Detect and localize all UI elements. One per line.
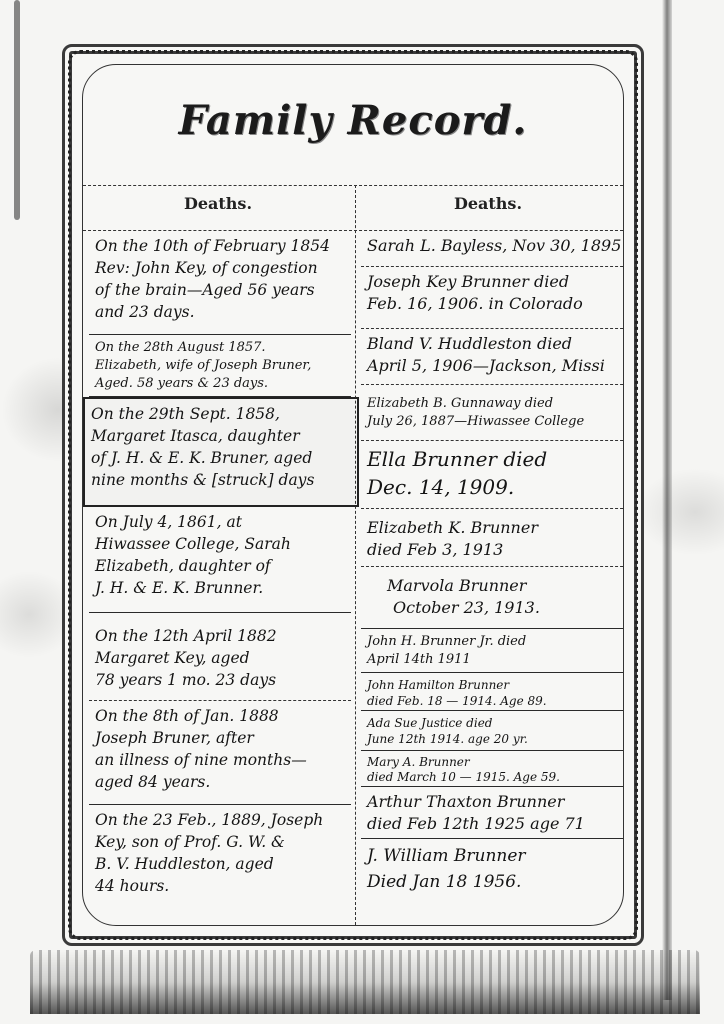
- entry-line: Elizabeth B. Gunnaway died: [367, 395, 624, 413]
- death-entry: On the 23 Feb., 1889, Joseph Key, son of…: [89, 805, 351, 915]
- entry-line: Dec. 14, 1909.: [367, 473, 624, 501]
- entry-line: Died Jan 18 1956.: [367, 869, 624, 895]
- record-page: Family Record. Deaths. Deaths. On the 10…: [82, 64, 624, 926]
- entry-line: On the 28th August 1857.: [95, 339, 345, 357]
- entry-line: Rev: John Key, of congestion: [95, 257, 345, 279]
- entry-line: an illness of nine months—: [95, 749, 345, 771]
- entry-line: 78 years 1 mo. 23 days: [95, 669, 345, 691]
- death-entry: On the 28th August 1857. Elizabeth, wife…: [89, 335, 351, 397]
- entry-line: Ada Sue Justice died: [367, 715, 624, 731]
- entry-line: 44 hours.: [95, 875, 345, 897]
- entry-line: Aged. 58 years & 23 days.: [95, 375, 345, 393]
- entry-line: April 5, 1906—Jackson, Missi: [367, 355, 624, 377]
- entry-line: J. William Brunner: [367, 843, 624, 869]
- entry-line: B. V. Huddleston, aged: [95, 853, 345, 875]
- death-entry: Bland V. Huddleston died April 5, 1906—J…: [361, 329, 624, 385]
- entry-line: Ella Brunner died: [367, 445, 624, 473]
- entry-line: Elizabeth K. Brunner: [367, 517, 624, 539]
- death-entry: Ada Sue Justice died June 12th 1914. age…: [361, 711, 624, 751]
- entry-line: Elizabeth, daughter of: [95, 555, 345, 577]
- entry-line: Key, son of Prof. G. W. &: [95, 831, 345, 853]
- column-header-deaths-left: Deaths.: [83, 194, 353, 213]
- entry-line: Sarah L. Bayless, Nov 30, 1895: [367, 235, 624, 257]
- entry-line: and 23 days.: [95, 301, 345, 323]
- column-header-deaths-right: Deaths.: [353, 194, 623, 213]
- entry-line: On July 4, 1861, at: [95, 511, 345, 533]
- entry-line: Margaret Itasca, daughter: [91, 425, 351, 447]
- entry-line: John H. Brunner Jr. died: [367, 633, 624, 651]
- death-entry: Arthur Thaxton Brunner died Feb 12th 192…: [361, 787, 624, 839]
- death-entry: Joseph Key Brunner died Feb. 16, 1906. i…: [361, 267, 624, 329]
- entry-line: J. H. & E. K. Brunner.: [95, 577, 345, 599]
- entry-line: Bland V. Huddleston died: [367, 333, 624, 355]
- death-entry: Marvola Brunner October 23, 1913.: [361, 567, 624, 629]
- entry-line: died Feb. 18 — 1914. Age 89.: [367, 693, 624, 709]
- entry-line: of J. H. & E. K. Bruner, aged: [91, 447, 351, 469]
- entry-line: On the 23 Feb., 1889, Joseph: [95, 809, 345, 831]
- death-entry: On July 4, 1861, at Hiwassee College, Sa…: [89, 507, 351, 613]
- entry-line: On the 29th Sept. 1858,: [91, 403, 351, 425]
- death-entry: On the 8th of Jan. 1888 Joseph Bruner, a…: [89, 701, 351, 805]
- entry-line: Joseph Key Brunner died: [367, 271, 624, 293]
- ornamental-frame: Family Record. Deaths. Deaths. On the 10…: [62, 44, 644, 946]
- entry-line: On the 12th April 1882: [95, 625, 345, 647]
- column-header-row: Deaths. Deaths.: [83, 185, 623, 231]
- entry-line: Elizabeth, wife of Joseph Bruner,: [95, 357, 345, 375]
- death-entry: Sarah L. Bayless, Nov 30, 1895: [361, 231, 624, 267]
- page-title: Family Record.: [83, 97, 623, 144]
- scan-smudge-bottom: [30, 950, 700, 1014]
- deaths-column-right: Sarah L. Bayless, Nov 30, 1895 Joseph Ke…: [361, 231, 624, 925]
- entry-line: aged 84 years.: [95, 771, 345, 793]
- death-entry: On the 29th Sept. 1858, Margaret Itasca,…: [83, 397, 359, 507]
- death-entry: Elizabeth B. Gunnaway died July 26, 1887…: [361, 385, 624, 441]
- entry-line: April 14th 1911: [367, 651, 624, 669]
- death-entry: Mary A. Brunner died March 10 — 1915. Ag…: [361, 751, 624, 787]
- entry-line: Marvola Brunner: [367, 575, 624, 597]
- entry-line: Arthur Thaxton Brunner: [367, 791, 624, 813]
- entry-line: June 12th 1914. age 20 yr.: [367, 731, 624, 747]
- entry-line: nine months & [struck] days: [91, 469, 351, 491]
- deaths-column-left: On the 10th of February 1854 Rev: John K…: [89, 231, 351, 925]
- entry-line: died March 10 — 1915. Age 59.: [367, 770, 624, 785]
- entry-line: died Feb 12th 1925 age 71: [367, 813, 624, 835]
- scan-edge-right: [662, 0, 672, 1000]
- death-entry: Elizabeth K. Brunner died Feb 3, 1913: [361, 509, 624, 567]
- scan-edge-left: [14, 0, 20, 220]
- death-entry: Ella Brunner died Dec. 14, 1909.: [361, 441, 624, 509]
- death-entry: John H. Brunner Jr. died April 14th 1911: [361, 629, 624, 673]
- entry-line: July 26, 1887—Hiwassee College: [367, 413, 624, 431]
- entry-line: October 23, 1913.: [367, 597, 624, 619]
- entry-line: On the 8th of Jan. 1888: [95, 705, 345, 727]
- death-entry: J. William Brunner Died Jan 18 1956.: [361, 839, 624, 899]
- entry-line: of the brain—Aged 56 years: [95, 279, 345, 301]
- death-entry: On the 10th of February 1854 Rev: John K…: [89, 231, 351, 335]
- entry-line: Margaret Key, aged: [95, 647, 345, 669]
- entry-line: John Hamilton Brunner: [367, 677, 624, 693]
- entry-line: Joseph Bruner, after: [95, 727, 345, 749]
- entry-line: Feb. 16, 1906. in Colorado: [367, 293, 624, 315]
- entry-line: died Feb 3, 1913: [367, 539, 624, 561]
- death-entry: On the 12th April 1882 Margaret Key, age…: [89, 613, 351, 701]
- column-divider: [355, 185, 356, 925]
- entry-line: Mary A. Brunner: [367, 755, 624, 770]
- death-entry: John Hamilton Brunner died Feb. 18 — 191…: [361, 673, 624, 711]
- entry-line: On the 10th of February 1854: [95, 235, 345, 257]
- entry-line: Hiwassee College, Sarah: [95, 533, 345, 555]
